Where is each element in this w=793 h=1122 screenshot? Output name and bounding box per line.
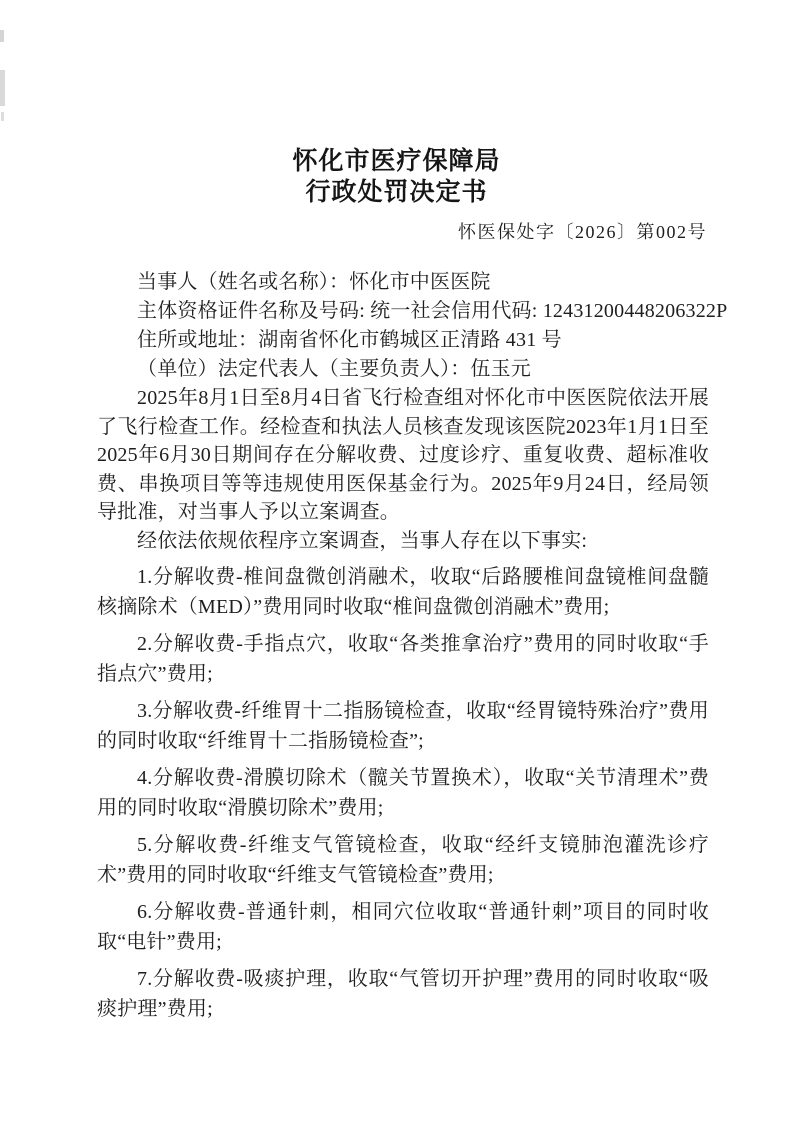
title-agency: 怀化市医疗保障局 (0, 146, 793, 177)
violation-item-4: 4.分解收费-滑膜切除术（髋关节置换术），收取“关节清理术”费用的同时收取“滑膜… (97, 764, 709, 823)
title-doc-type: 行政处罚决定书 (0, 177, 793, 208)
document-body: 当事人（姓名或名称）：怀化市中医医院 主体资格证件名称及号码: 统一社会信用代码… (97, 268, 709, 1024)
party-name-line: 当事人（姓名或名称）：怀化市中医医院 (97, 268, 709, 297)
facts-intro-paragraph: 经依法依规依程序立案调查，当事人存在以下事实: (97, 527, 709, 556)
credential-line: 主体资格证件名称及号码: 统一社会信用代码: 12431200448206322… (97, 297, 709, 326)
legal-representative-line: （单位）法定代表人（主要负责人）：伍玉元 (97, 355, 709, 384)
scan-artifact (1, 112, 4, 121)
violation-item-5: 5.分解收费-纤维支气管镜检查，收取“经纤支镜肺泡灌洗诊疗术”费用的同时收取“纤… (97, 831, 709, 890)
violation-item-7: 7.分解收费-吸痰护理，收取“气管切开护理”费用的同时收取“吸痰护理”费用; (97, 965, 709, 1024)
inspection-paragraph: 2025年8月1日至8月4日省飞行检查组对怀化市中医医院依法开展了飞行检查工作。… (97, 384, 709, 527)
document-page: 怀化市医疗保障局 行政处罚决定书 怀医保处字〔2026〕第002号 当事人（姓名… (0, 0, 793, 1122)
doc-number: 怀医保处字〔2026〕第002号 (0, 220, 707, 244)
scan-artifact (0, 30, 4, 42)
address-line: 住所或地址：湖南省怀化市鹤城区正清路 431 号 (97, 326, 709, 355)
violation-item-1: 1.分解收费-椎间盘微创消融术，收取“后路腰椎间盘镜椎间盘髓核摘除术（MED）”… (97, 563, 709, 622)
violation-item-6: 6.分解收费-普通针刺，相同穴位收取“普通针刺”项目的同时收取“电针”费用; (97, 898, 709, 957)
violation-item-2: 2.分解收费-手指点穴，收取“各类推拿治疗”费用的同时收取“手指点穴”费用; (97, 630, 709, 689)
scan-artifact (0, 70, 5, 106)
document-title: 怀化市医疗保障局 行政处罚决定书 (0, 0, 793, 208)
violation-item-3: 3.分解收费-纤维胃十二指肠镜检查，收取“经胃镜特殊治疗”费用的同时收取“纤维胃… (97, 697, 709, 756)
